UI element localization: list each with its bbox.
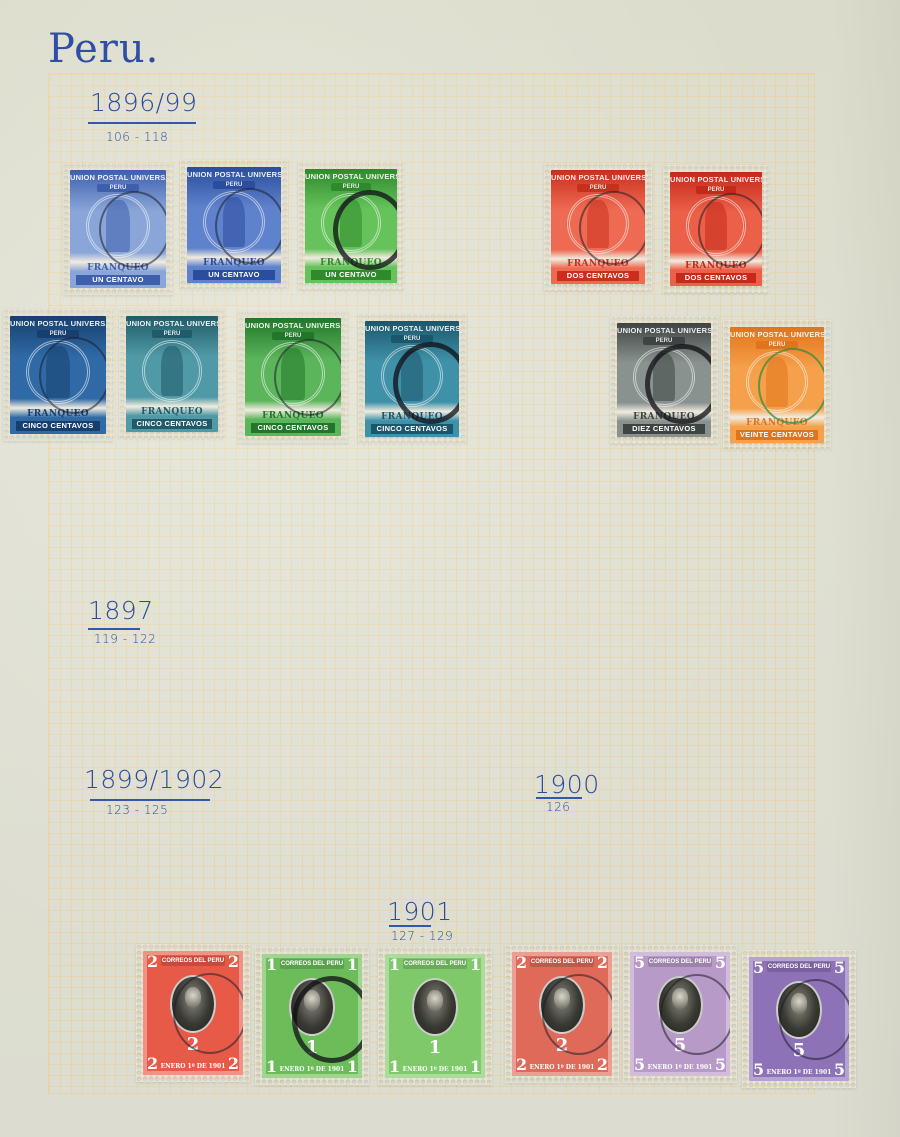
stamp-corner-value: 5 [834,1062,845,1078]
stamp-header-text: UNION POSTAL UNIVERSAL [10,319,106,328]
section-range-1897: 119 - 122 [94,632,156,646]
section-range-1899: 123 - 125 [106,803,168,817]
stamp-center-value: 5 [630,1035,730,1056]
stamp-corner-value: 2 [597,1057,608,1073]
stamp-face: CORREOS DEL PERU22222ENERO 1º DE 1901 [143,951,243,1075]
section-year-1900: 1900 [534,770,600,799]
section-underline [90,799,210,801]
stamp-header-text: CORREOS DEL PERU [403,959,467,969]
manco-capac-figure [653,353,676,401]
stamp-franqueo-text: FRANQUEO [10,409,106,419]
stamp-date-text: ENERO 1º DE 1901 [159,1063,227,1070]
manco-capac-figure [705,202,727,250]
stamp-date-text: ENERO 1º DE 1901 [278,1066,346,1073]
portrait-medallion [170,975,216,1033]
stamp-header-text: UNION POSTAL UNIVERSAL [551,173,645,182]
portrait-medallion [539,976,585,1034]
stamp-1901-4[interactable]: CORREOS DEL PERU22222ENERO 1º DE 1901 [505,945,619,1083]
stamp-header-text: CORREOS DEL PERU [161,956,225,966]
stamp-header-text: CORREOS DEL PERU [648,957,712,967]
stamp-franqueo-text: FRANQUEO [70,263,166,273]
stamp-face: UNION POSTAL UNIVERSALPERUFRANQUEOCINCO … [10,316,106,434]
stamp-country-banner: PERU [152,330,193,338]
stamp-face: UNION POSTAL UNIVERSALPERUFRANQUEOCINCO … [245,318,341,436]
section-underline [389,925,431,927]
stamp-center-value: 2 [512,1035,612,1056]
stamp-franqueo-text: FRANQUEO [551,259,645,269]
stamp-1901-6[interactable]: CORREOS DEL PERU55555ENERO 1º DE 1901 [742,950,856,1088]
stamp-country-banner: PERU [331,183,372,191]
stamp-corner-value: 1 [347,957,358,973]
stamp-value-text: DIEZ CENTAVOS [623,424,706,434]
stamp-center-value: 1 [262,1037,362,1058]
manco-capac-figure [46,346,69,398]
section-underline [536,797,582,799]
stamp-corner-value: 5 [634,1057,645,1073]
stamp-value-text: DOS CENTAVOS [557,271,640,281]
stamp-franqueo-text: FRANQUEO [365,412,459,422]
section-range-1901: 127 - 129 [391,929,453,943]
stamp-face: CORREOS DEL PERU11111ENERO 1º DE 1901 [385,954,485,1078]
stamp-corner-value: 1 [347,1059,358,1075]
stamp-country-banner: PERU [391,335,432,343]
stamp-corner-value: 1 [470,957,481,973]
stamp-face: CORREOS DEL PERU55555ENERO 1º DE 1901 [630,952,730,1076]
stamp-franqueo-text: FRANQUEO [730,418,824,428]
manco-capac-figure [106,200,129,252]
stamp-country-banner: PERU [213,181,254,189]
section-year-1896: 1896/99 [90,88,197,117]
section-year-1899: 1899/1902 [84,765,224,794]
stamp-value-text: CINCO CENTAVOS [132,419,213,429]
stamp-face: UNION POSTAL UNIVERSALPERUFRANQUEODOS CE… [670,172,762,286]
stamp-face: UNION POSTAL UNIVERSALPERUFRANQUEOVEINTE… [730,327,824,443]
portrait-medallion [289,978,335,1036]
stamp-country-banner: PERU [272,332,314,340]
stamp-header-text: UNION POSTAL UNIVERSAL [730,330,824,339]
stamp-1896-5[interactable]: UNION POSTAL UNIVERSALPERUFRANQUEODOS CE… [663,165,769,293]
stamp-value-text: UN CENTAVO [193,270,276,280]
stamp-corner-value: 2 [516,955,527,971]
stamp-face: UNION POSTAL UNIVERSALPERUFRANQUEOUN CEN… [187,167,281,283]
stamp-1896-4[interactable]: UNION POSTAL UNIVERSALPERUFRANQUEODOS CE… [544,163,652,291]
stamp-face: UNION POSTAL UNIVERSALPERUFRANQUEOCINCO … [365,321,459,437]
stamp-face: CORREOS DEL PERU11111ENERO 1º DE 1901 [262,954,362,1078]
stamp-1901-5[interactable]: CORREOS DEL PERU55555ENERO 1º DE 1901 [623,945,737,1083]
stamp-header-text: UNION POSTAL UNIVERSAL [126,319,218,328]
stamp-1896-11[interactable]: UNION POSTAL UNIVERSALPERUFRANQUEOVEINTE… [723,320,831,450]
stamp-corner-value: 2 [516,1057,527,1073]
stamp-1896-6[interactable]: UNION POSTAL UNIVERSALPERUFRANQUEOCINCO … [3,309,113,441]
country-title: Peru. [48,26,159,72]
stamp-1896-8[interactable]: UNION POSTAL UNIVERSALPERUFRANQUEOCINCO … [238,311,348,443]
stamp-corner-value: 2 [147,1056,158,1072]
stamp-corner-value: 5 [715,1057,726,1073]
stamp-corner-value: 2 [228,954,239,970]
stamp-header-text: CORREOS DEL PERU [280,959,344,969]
manco-capac-figure [223,197,246,247]
stamp-corner-value: 2 [147,954,158,970]
stamp-corner-value: 1 [470,1059,481,1075]
stamp-header-text: UNION POSTAL UNIVERSAL [305,172,397,181]
stamp-face: UNION POSTAL UNIVERSALPERUFRANQUEOUN CEN… [70,170,166,288]
stamp-center-value: 2 [143,1034,243,1055]
stamp-value-text: VEINTE CENTAVOS [736,430,819,440]
stamp-franqueo-text: FRANQUEO [670,261,762,271]
stamp-1901-1[interactable]: CORREOS DEL PERU22222ENERO 1º DE 1901 [136,944,250,1082]
stamp-value-text: UN CENTAVO [76,275,161,285]
section-year-1901: 1901 [387,897,453,926]
section-range-1896: 106 - 118 [106,130,168,144]
manco-capac-figure [161,346,183,396]
stamp-country-banner: PERU [577,184,618,192]
stamp-center-value: 1 [385,1037,485,1058]
portrait-medallion [412,978,458,1036]
stamp-face: UNION POSTAL UNIVERSALPERUFRANQUEOUN CEN… [305,169,397,283]
stamp-country-banner: PERU [37,330,79,338]
stamp-corner-value: 5 [634,955,645,971]
stamp-value-text: CINCO CENTAVOS [16,421,101,431]
stamp-franqueo-text: FRANQUEO [245,411,341,421]
stamp-header-text: UNION POSTAL UNIVERSAL [670,175,762,184]
section-underline [88,122,196,124]
stamp-header-text: UNION POSTAL UNIVERSAL [70,173,166,182]
manco-capac-figure [340,199,362,247]
stamp-franqueo-text: FRANQUEO [187,258,281,268]
stamp-corner-value: 2 [597,955,608,971]
stamp-value-text: CINCO CENTAVOS [371,424,454,434]
stamp-1896-10[interactable]: UNION POSTAL UNIVERSALPERUFRANQUEODIEZ C… [610,316,718,444]
manco-capac-figure [587,200,610,248]
stamp-1901-3[interactable]: CORREOS DEL PERU11111ENERO 1º DE 1901 [378,947,492,1085]
stamp-1896-7[interactable]: UNION POSTAL UNIVERSALPERUFRANQUEOCINCO … [119,309,225,439]
manco-capac-figure [401,351,424,401]
stamp-franqueo-text: FRANQUEO [126,407,218,417]
manco-capac-figure [766,357,789,407]
stamp-header-text: UNION POSTAL UNIVERSAL [245,321,341,330]
stamp-header-text: CORREOS DEL PERU [530,957,594,967]
section-year-1897: 1897 [88,596,154,625]
stamp-franqueo-text: FRANQUEO [617,412,711,422]
stamp-1896-2[interactable]: UNION POSTAL UNIVERSALPERUFRANQUEOUN CEN… [180,160,288,290]
stamp-1901-2[interactable]: CORREOS DEL PERU11111ENERO 1º DE 1901 [255,947,369,1085]
stamp-country-banner: PERU [696,186,737,194]
stamp-corner-value: 1 [389,957,400,973]
stamp-corner-value: 1 [266,957,277,973]
stamp-1896-9[interactable]: UNION POSTAL UNIVERSALPERUFRANQUEOCINCO … [358,314,466,444]
stamp-date-text: ENERO 1º DE 1901 [765,1069,833,1076]
stamp-face: UNION POSTAL UNIVERSALPERUFRANQUEODIEZ C… [617,323,711,437]
stamp-corner-value: 5 [753,960,764,976]
stamp-face: UNION POSTAL UNIVERSALPERUFRANQUEODOS CE… [551,170,645,284]
section-range-1900: 126 [546,800,570,814]
stamp-corner-value: 2 [228,1056,239,1072]
stamp-date-text: ENERO 1º DE 1901 [401,1066,469,1073]
stamp-face: CORREOS DEL PERU55555ENERO 1º DE 1901 [749,957,849,1081]
stamp-face: UNION POSTAL UNIVERSALPERUFRANQUEOCINCO … [126,316,218,432]
stamp-corner-value: 5 [753,1062,764,1078]
stamp-1896-1[interactable]: UNION POSTAL UNIVERSALPERUFRANQUEOUN CEN… [63,163,173,295]
stamp-header-text: UNION POSTAL UNIVERSAL [365,324,459,333]
portrait-medallion [776,981,822,1039]
stamp-corner-value: 1 [266,1059,277,1075]
manco-capac-figure [281,348,304,400]
stamp-franqueo-text: FRANQUEO [305,258,397,268]
stamp-header-text: UNION POSTAL UNIVERSAL [617,326,711,335]
stamp-1896-3[interactable]: UNION POSTAL UNIVERSALPERUFRANQUEOUN CEN… [298,162,404,290]
stamp-value-text: DOS CENTAVOS [676,273,757,283]
stamp-date-text: ENERO 1º DE 1901 [528,1064,596,1071]
portrait-medallion [657,976,703,1034]
stamp-date-text: ENERO 1º DE 1901 [646,1064,714,1071]
stamp-center-value: 5 [749,1040,849,1061]
section-underline [88,628,140,630]
stamp-corner-value: 5 [715,955,726,971]
stamp-value-text: CINCO CENTAVOS [251,423,336,433]
stamp-country-banner: PERU [756,341,797,349]
stamp-face: CORREOS DEL PERU22222ENERO 1º DE 1901 [512,952,612,1076]
stamp-header-text: UNION POSTAL UNIVERSAL [187,170,281,179]
stamp-country-banner: PERU [97,184,139,192]
stamp-country-banner: PERU [643,337,684,345]
stamp-header-text: CORREOS DEL PERU [767,962,831,972]
stamp-corner-value: 5 [834,960,845,976]
stamp-value-text: UN CENTAVO [311,270,392,280]
stamp-corner-value: 1 [389,1059,400,1075]
